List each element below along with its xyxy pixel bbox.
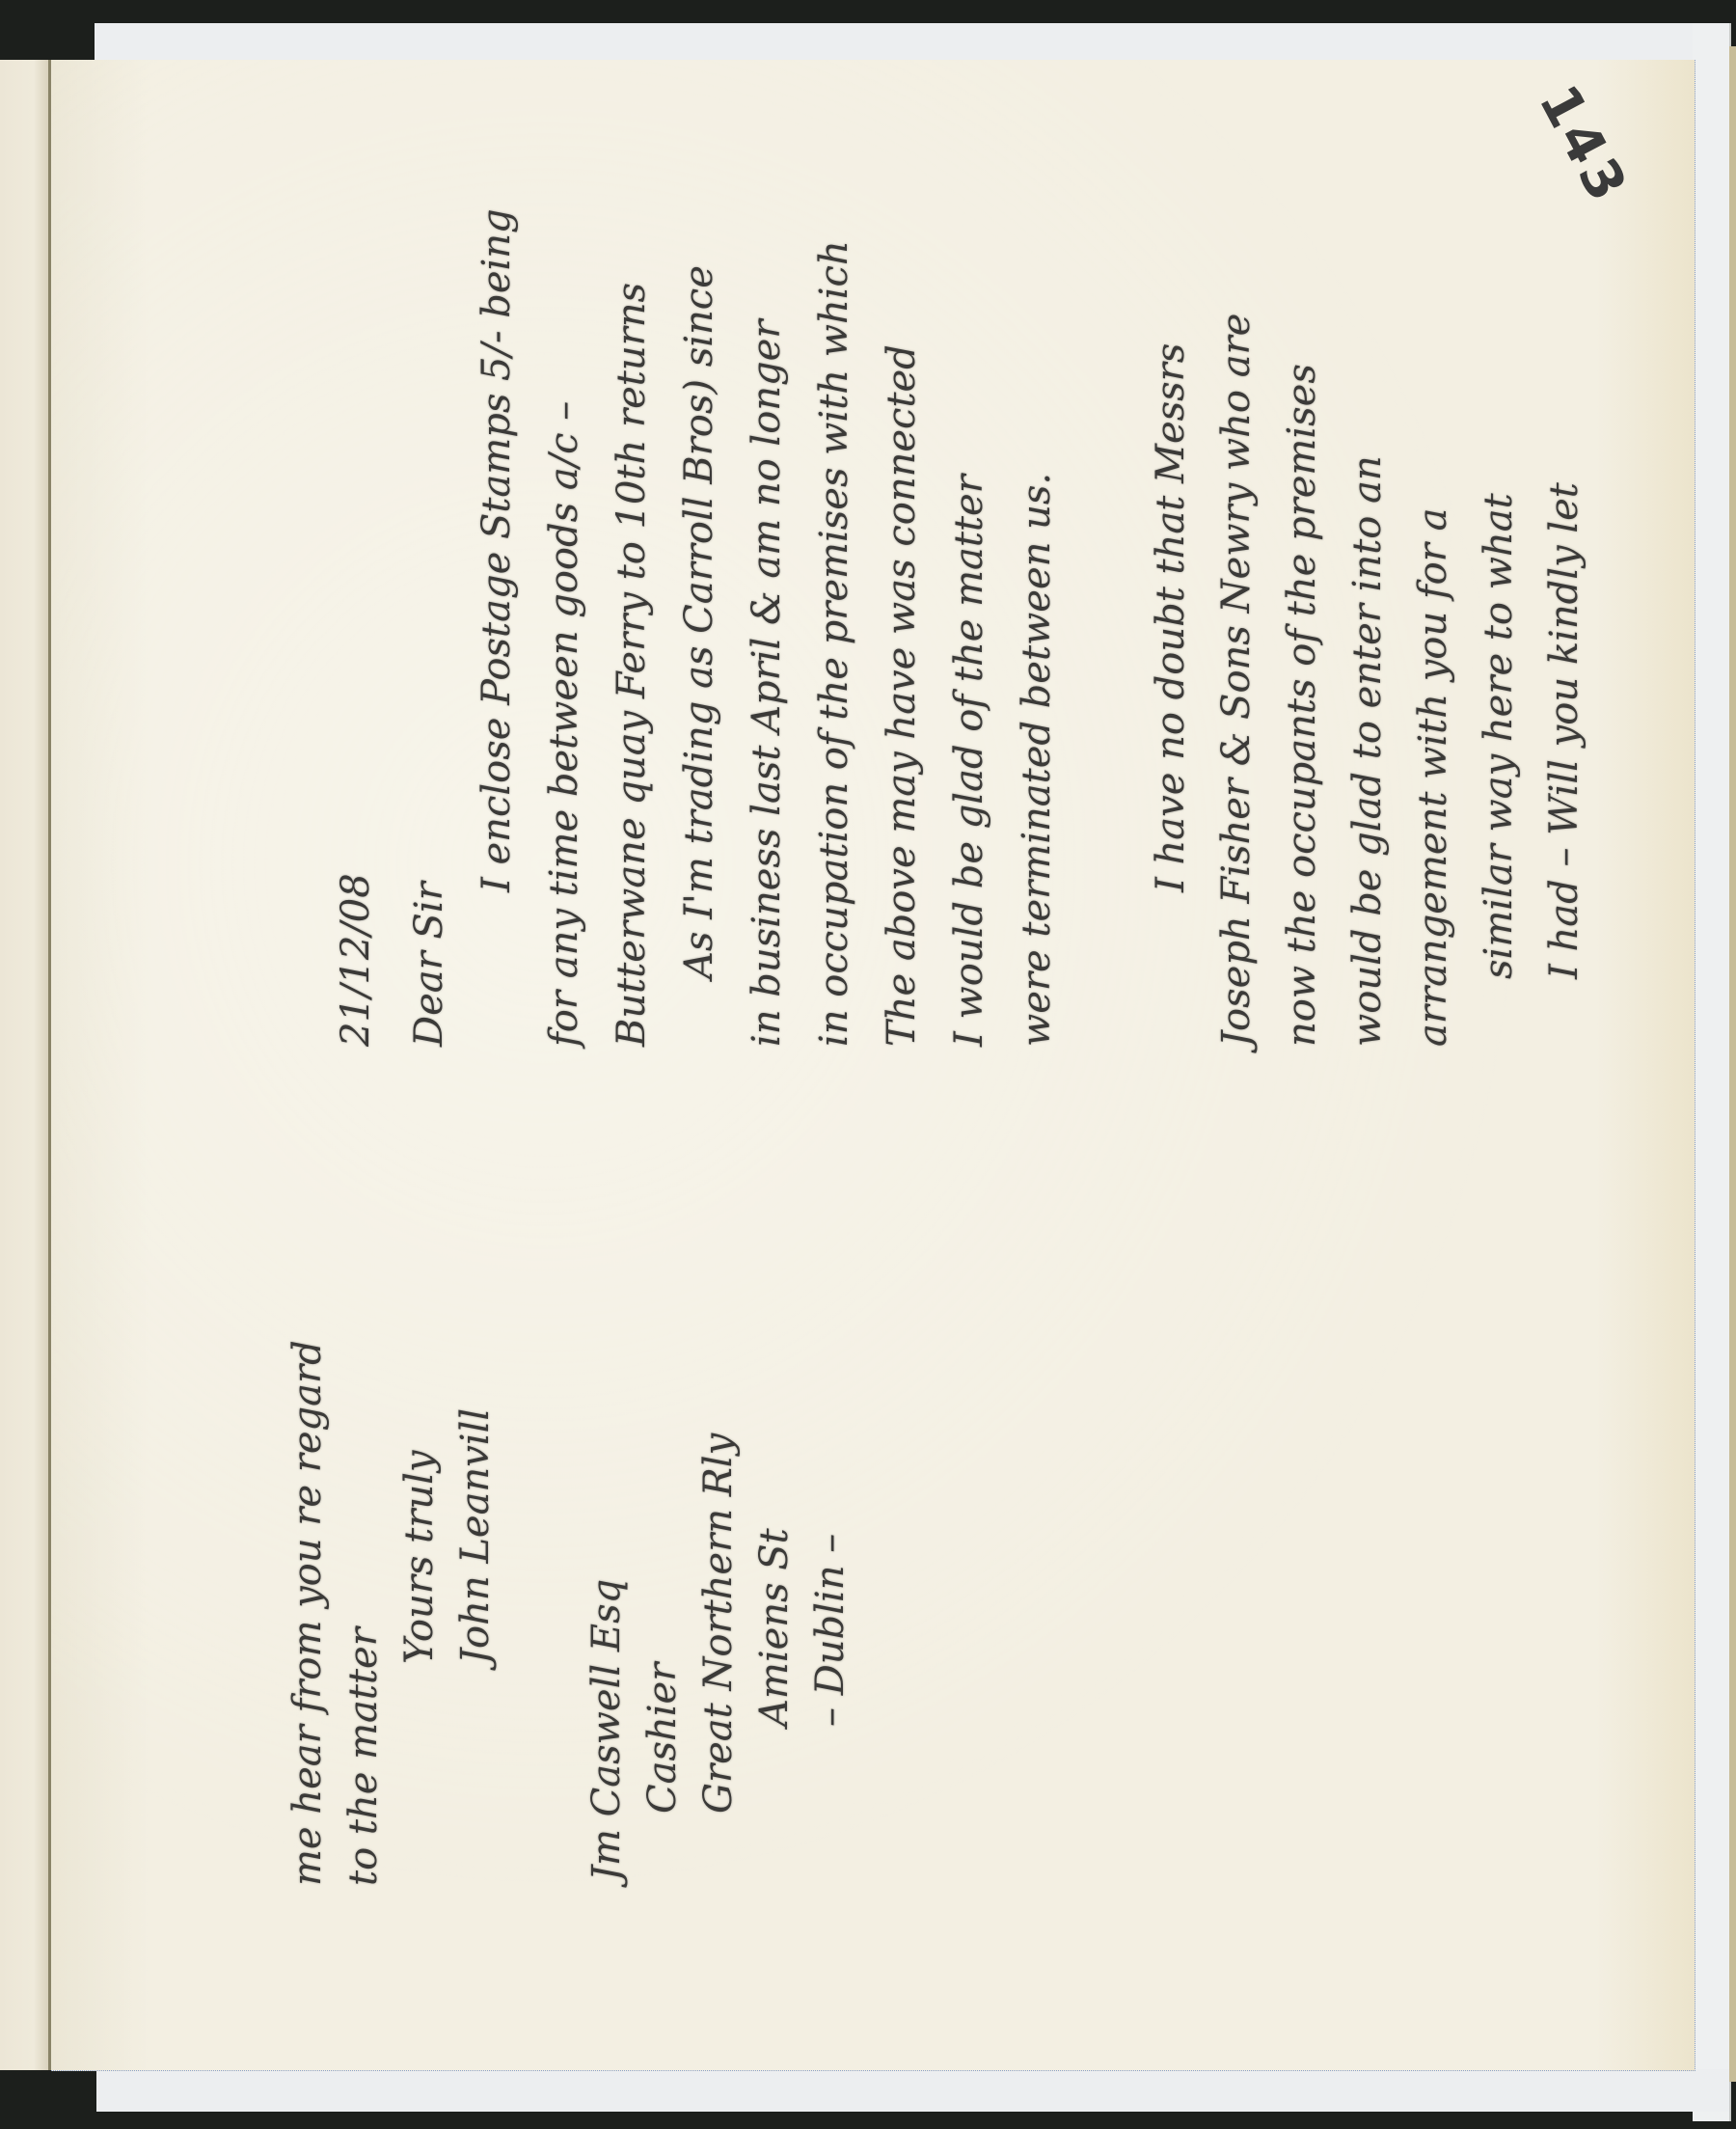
body-line: now the occupants of the premises xyxy=(1269,314,1335,1047)
closing-line: to the matter xyxy=(336,1340,392,1886)
body-line: I had – Will you kindly let xyxy=(1532,314,1597,1047)
body-line: I have no doubt that Messrs xyxy=(1138,314,1204,1047)
body-line: similar way here to what xyxy=(1466,314,1532,1047)
page-stack-edge xyxy=(1729,46,1736,2082)
recipient-street: Amiens St xyxy=(746,1433,802,1881)
letter-body-continued: I have no doubt that Messrs Joseph Fishe… xyxy=(1138,314,1597,1047)
recipient-name: Jm Caswell Esq xyxy=(579,1433,635,1881)
body-line: Joseph Fisher & Sons Newry who are xyxy=(1204,314,1269,1047)
letter-date-block: 21/12/08 xyxy=(328,873,384,1047)
body-line: in business last April & am no longer xyxy=(733,208,800,1047)
recipient-company: Great Northern Rly xyxy=(691,1433,746,1881)
salutation: Dear Sir xyxy=(395,208,463,1047)
body-line: arrangement with you for a xyxy=(1400,314,1466,1047)
facing-page-edge xyxy=(0,60,48,2070)
signature: John Leanvill xyxy=(448,1340,503,1886)
valediction: Yours truly xyxy=(392,1340,448,1886)
letter-body: Dear Sir I enclose Postage Stamps 5/- be… xyxy=(395,208,1071,1047)
previous-letter-closing: me hear from you re regard to the matter… xyxy=(280,1340,503,1886)
body-line: I would be glad of the matter xyxy=(936,208,1003,1047)
letter-date: 21/12/08 xyxy=(328,873,384,1047)
recipient-address: Jm Caswell Esq Cashier Great Northern Rl… xyxy=(579,1433,858,1881)
body-line: were terminated between us. xyxy=(1003,208,1071,1047)
body-line: would be glad to enter into an xyxy=(1335,314,1400,1047)
body-line: As I'm trading as Carroll Bros) since xyxy=(665,208,733,1047)
body-line: in occupation of the premises with which xyxy=(800,208,868,1047)
mount-border-bottom xyxy=(96,2069,1729,2112)
body-line: Butterwane quay Ferry to 10th returns xyxy=(598,208,665,1047)
body-line: The above may have was connected xyxy=(868,208,936,1047)
recipient-title: Cashier xyxy=(635,1433,691,1881)
closing-line: me hear from you re regard xyxy=(280,1340,336,1886)
mount-border-right xyxy=(1693,23,1731,2121)
recipient-city: – Dublin – xyxy=(802,1433,858,1881)
body-line: I enclose Postage Stamps 5/- being xyxy=(463,208,530,1047)
body-line: for any time between goods a/c – xyxy=(530,208,598,1047)
